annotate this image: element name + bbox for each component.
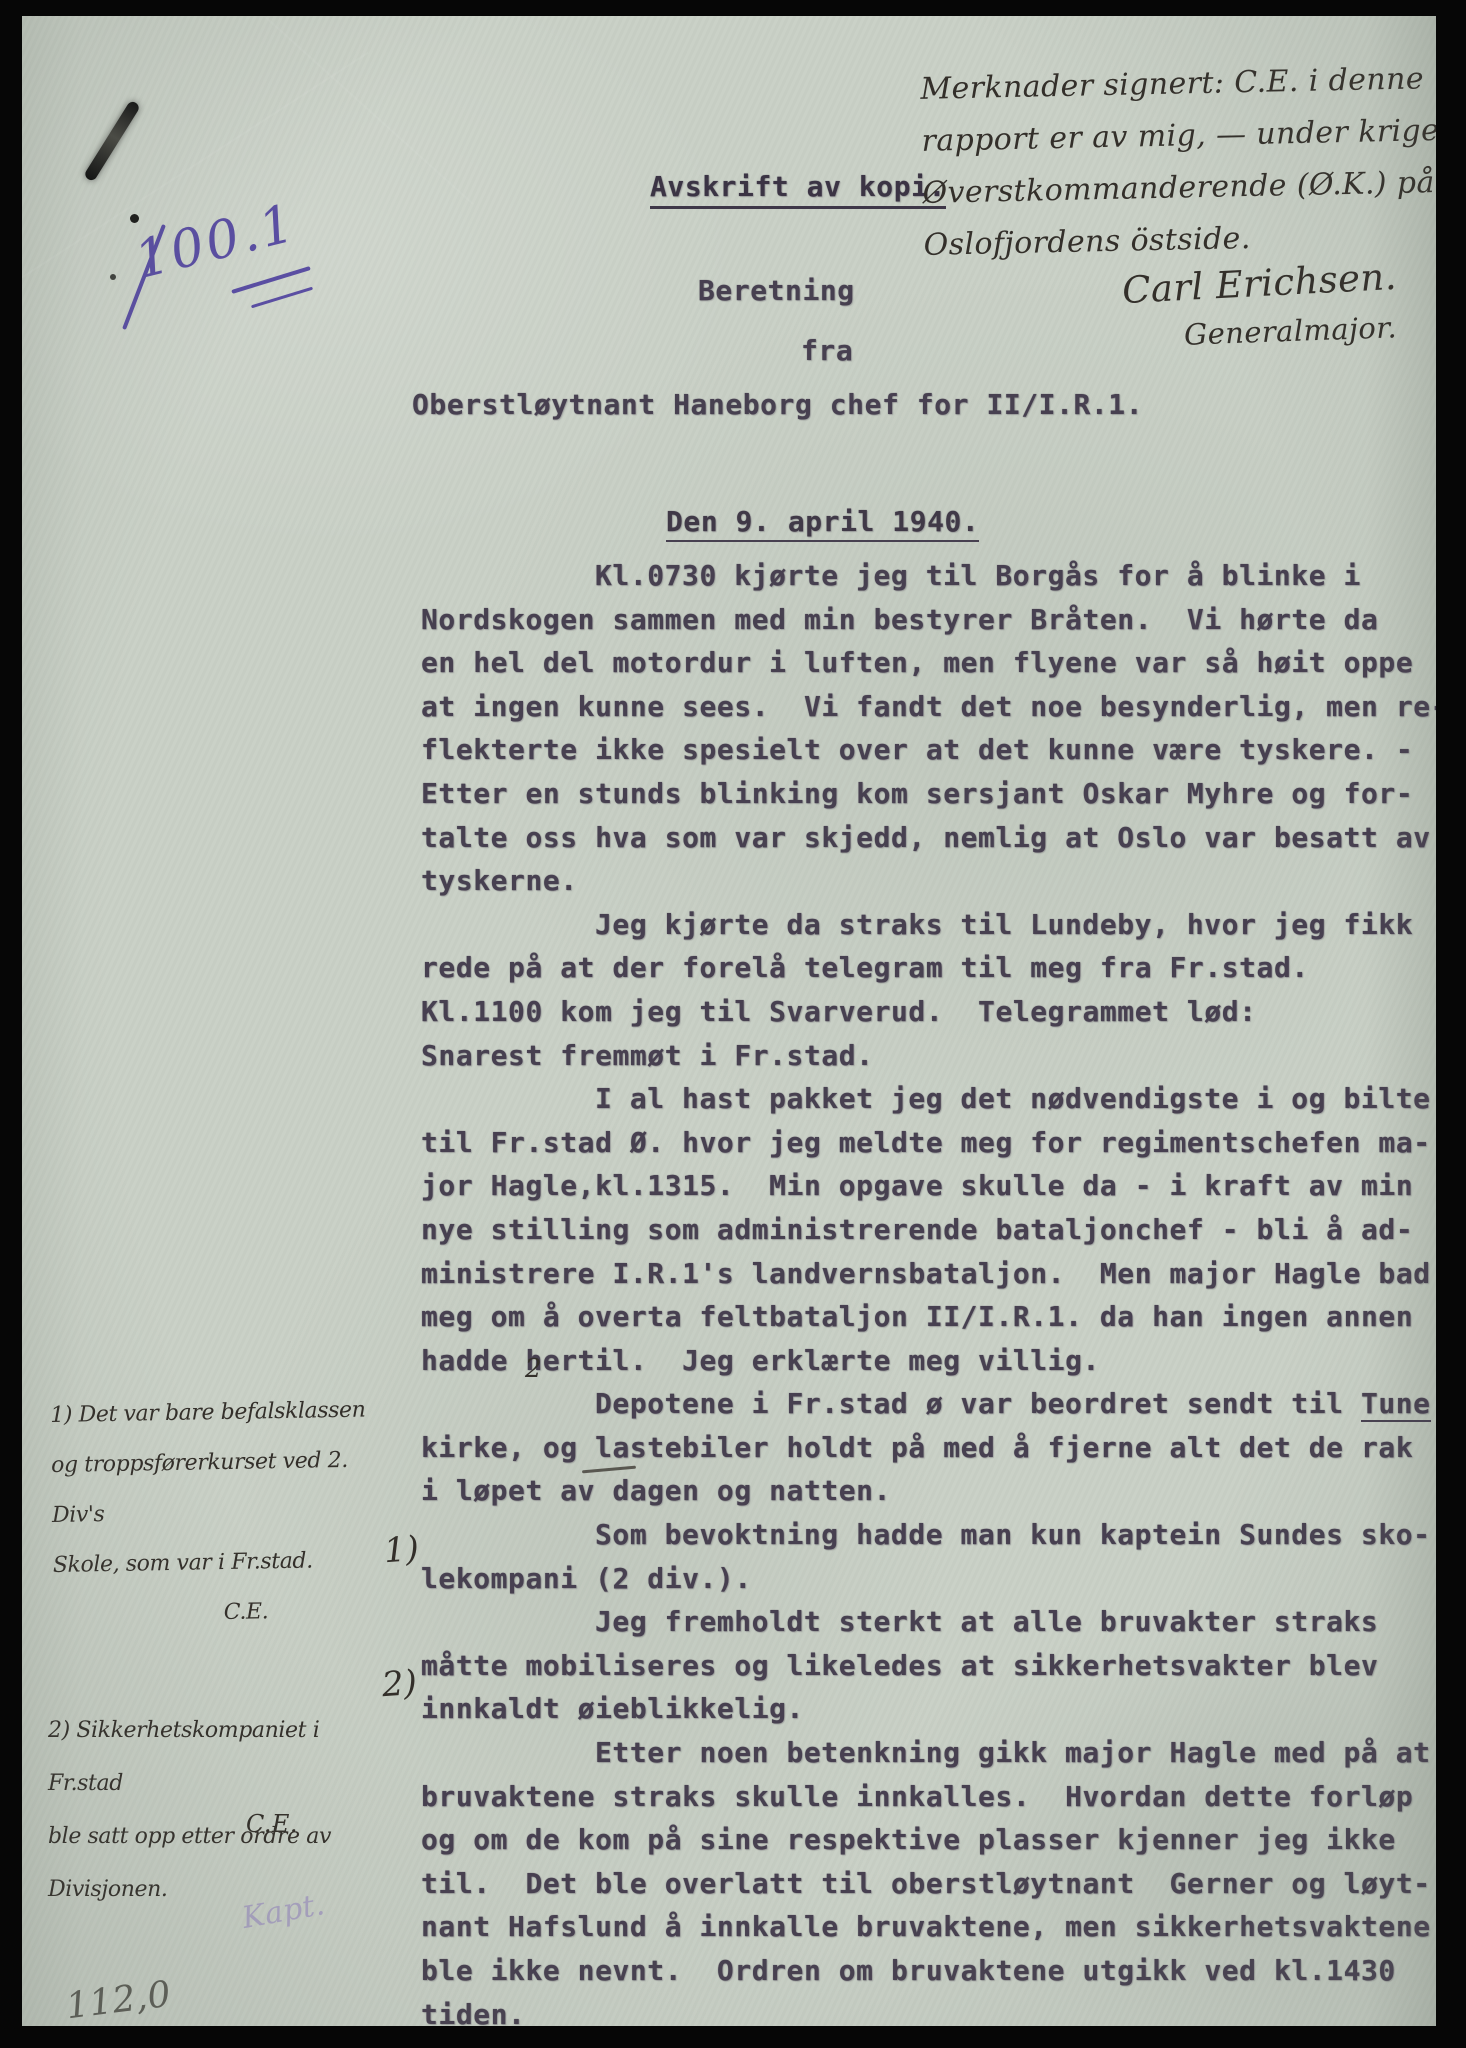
typed-line: flekterte ikke spesielt over at det kunn… <box>421 728 1436 772</box>
heading-fra: fra <box>801 334 853 367</box>
typed-line: rede på at der forelå telegram til meg f… <box>421 946 1436 990</box>
typed-line: Etter en stunds blinking kom sersjant Os… <box>421 772 1436 816</box>
typed-line: Kl.1100 kom jeg til Svarverud. Telegramm… <box>421 990 1436 1034</box>
archive-number-underline <box>251 287 313 309</box>
paper-crease <box>190 16 474 205</box>
typed-line: lekompani (2 div.). <box>421 1557 1436 1601</box>
note-line: 1) Det var bare befalsklassen <box>50 1385 396 1441</box>
typed-line: talte oss hva som var skjedd, nemlig at … <box>421 816 1436 860</box>
document-title: Avskrift av kopi. <box>650 170 946 209</box>
typed-line: at ingen kunne sees. Vi fandt det noe be… <box>421 685 1436 729</box>
note-line: ble satt opp etter ordre av <box>48 1810 393 1863</box>
typed-line: ble ikke nevnt. Ordren om bruvaktene utg… <box>421 1949 1436 1993</box>
note-line: Divisjonen. <box>48 1863 393 1916</box>
typed-line: Nordskogen sammen med min bestyrer Bråte… <box>421 598 1436 642</box>
typed-line: jor Hagle,kl.1315. Min opgave skulle da … <box>421 1164 1436 1208</box>
signature-rank: Generalmajor. <box>1183 310 1397 351</box>
underlined-word: Tune <box>1361 1387 1431 1422</box>
note-line: og troppsførerkurset ved 2. Div's <box>51 1435 398 1541</box>
heading-beretning: Beretning <box>698 274 855 307</box>
typed-line: Depotene i Fr.stad ø var beordret sendt … <box>421 1382 1436 1426</box>
hand-mark-2: 2) <box>381 1663 419 1705</box>
note-line: Skole, som var i Fr.stad. <box>52 1535 398 1591</box>
typed-line: og om de kom på sine respektive plasser … <box>421 1818 1436 1862</box>
note-initials: C.E. <box>246 1810 298 1838</box>
margin-note-1: 1) Det var bare befalsklassen og troppsf… <box>50 1385 399 1641</box>
note-initials: C.E. <box>53 1585 399 1641</box>
typed-line: bruvaktene straks skulle innkalles. Hvor… <box>421 1775 1436 1819</box>
document-scan: 100.1 Avskrift av kopi. Beretning fra Ob… <box>0 0 1466 2048</box>
typed-body: Kl.0730 kjørte jeg til Borgås for å blin… <box>421 554 1436 2026</box>
top-right-handwritten-note: Merknader signert: C.E. i denne rapport … <box>920 52 1436 272</box>
ink-spot <box>110 274 116 280</box>
note-line: 2) Sikkerhetskompaniet i Fr.stad <box>48 1704 393 1810</box>
typed-line: til Fr.stad Ø. hvor jeg meldte meg for r… <box>421 1121 1436 1165</box>
typed-line: i løpet av dagen og natten. <box>421 1469 1436 1513</box>
typed-line: Jeg fremholdt sterkt at alle bruvakter s… <box>421 1600 1436 1644</box>
paper-sheet: 100.1 Avskrift av kopi. Beretning fra Ob… <box>22 16 1436 2026</box>
typed-line: innkaldt øieblikkelig. <box>421 1687 1436 1731</box>
typed-line: hadde hertil. Jeg erklærte meg villig. <box>421 1339 1436 1383</box>
note-line: Øverstkommanderende (Ø.K.) på <box>922 156 1436 220</box>
bottom-pencil-number: 112,0 <box>64 1974 173 2026</box>
typed-line: Kl.0730 kjørte jeg til Borgås for å blin… <box>421 554 1436 598</box>
typed-line: nant Hafslund å innkalle bruvaktene, men… <box>421 1905 1436 1949</box>
typed-line: Som bevoktning hadde man kun kaptein Sun… <box>421 1513 1436 1557</box>
typed-line: tiden. <box>421 1993 1436 2026</box>
typed-line: meg om å overta feltbataljon II/I.R.1. d… <box>421 1295 1436 1339</box>
typed-line: tyskerne. <box>421 859 1436 903</box>
typed-line: I al hast pakket jeg det nødvendigste i … <box>421 1077 1436 1121</box>
typed-line: ministrere I.R.1's landvernsbataljon. Me… <box>421 1252 1436 1296</box>
date-heading: Den 9. april 1940. <box>666 505 979 542</box>
typed-line: Jeg kjørte da straks til Lundeby, hvor j… <box>421 903 1436 947</box>
hand-mark-2-small: 2 <box>525 1354 542 1384</box>
margin-note-2: 2) Sikkerhetskompaniet i Fr.stad ble sat… <box>48 1704 393 1916</box>
typed-line: Snarest fremmøt i Fr.stad. <box>421 1034 1436 1078</box>
typed-line: kirke, og lastebiler holdt på med å fjer… <box>421 1426 1436 1470</box>
staple-mark <box>83 100 141 183</box>
heading-author: Oberstløytnant Haneborg chef for II/I.R.… <box>412 388 1143 421</box>
typed-line: måtte mobiliseres og likeledes at sikker… <box>421 1644 1436 1688</box>
typed-line: til. Det ble overlatt til oberstløytnant… <box>421 1862 1436 1906</box>
typed-line: Etter noen betenkning gikk major Hagle m… <box>421 1731 1436 1775</box>
typed-line: nye stilling som administrerende bataljo… <box>421 1208 1436 1252</box>
ink-spot <box>130 214 139 223</box>
typed-line: en hel del motordur i luften, men flyene… <box>421 641 1436 685</box>
